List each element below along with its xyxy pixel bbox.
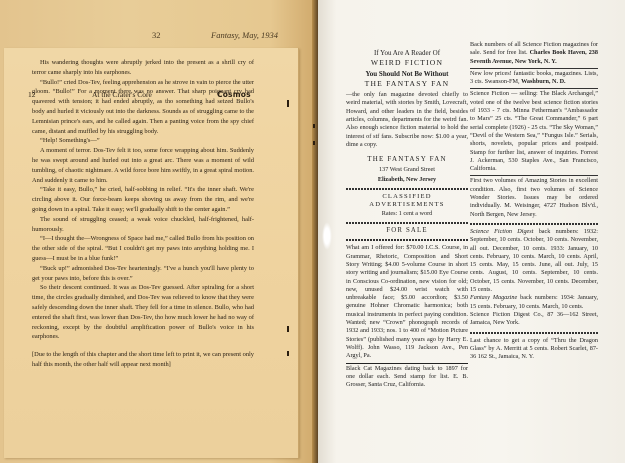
ad-headline: THE FANTASY FAN — [346, 80, 468, 88]
fantasy-fan-ad: If You Are A Reader Of WEIRD FICTION You… — [346, 49, 468, 184]
wavy-divider — [470, 223, 598, 225]
left-page: 32 Fantasy, May, 1934 12 At the Crater's… — [0, 0, 318, 463]
classified-ad: New low prices! fantastic books, magazin… — [470, 70, 598, 87]
wavy-divider — [346, 188, 468, 190]
paragraph: “Take it easy, Bullo,” he cried, half-so… — [32, 185, 254, 214]
ad-headline: You Should Not Be Without — [346, 70, 468, 78]
classified-ad: First two volumes of Amazing Stories in … — [470, 177, 598, 218]
ads-column-right: Back numbers of all Science Fiction maga… — [470, 41, 598, 361]
classified-ad: Black Cat Magazines dating back to 1897 … — [346, 365, 468, 390]
divider — [470, 88, 598, 89]
ink-mark — [287, 326, 289, 332]
ad-address-street: 137 West Grand Street — [346, 166, 468, 174]
paper-tear — [322, 222, 332, 250]
paragraph: The sound of struggling ceased; a weak v… — [32, 215, 254, 235]
publication-title: Science Fiction Digest — [470, 228, 533, 235]
editor-note: [Due to the length of this chapter and t… — [32, 350, 254, 370]
magazine-issue: Fantasy, May, 1934 — [211, 30, 278, 40]
ad-headline: WEIRD FICTION — [346, 59, 468, 67]
page-number: 32 — [152, 30, 161, 40]
wavy-divider — [346, 222, 468, 224]
magazine-spread: 32 Fantasy, May, 1934 12 At the Crater's… — [0, 0, 625, 463]
divider — [470, 68, 598, 69]
ad-body: —the only fan magazine devoted chiefly t… — [346, 91, 468, 149]
divider — [470, 175, 598, 176]
ad-address-city: Elizabeth, New Jersey — [346, 176, 468, 184]
right-page: If You Are A Reader Of WEIRD FICTION You… — [318, 0, 625, 463]
classified-ad: Last chance to get a copy of “Thru the D… — [470, 337, 598, 362]
paragraph: “Help! Something's—” — [32, 136, 254, 146]
ad-advertiser: Washburn, N. D. — [521, 78, 566, 85]
paragraph: So their descent continued. It was as Do… — [32, 283, 254, 342]
ads-column-left: If You Are A Reader Of WEIRD FICTION You… — [346, 48, 468, 389]
classified-ad: What am I offered for: $70.00 I.C.S. Cou… — [346, 244, 468, 360]
classified-rates: Rates: 1 cent a word — [346, 210, 468, 218]
story-text: His wandering thoughts were abruptly jer… — [32, 58, 254, 370]
outer-page-header: 32 Fantasy, May, 1934 — [0, 30, 300, 44]
publication-title: Fantasy Magazine — [470, 294, 517, 301]
ad-address: Science Fiction Digest Co., 87 36—162 St… — [470, 311, 598, 326]
ink-mark — [287, 351, 289, 356]
paragraph: “Bullo!” cried Dos-Tev, feeling apprehen… — [32, 78, 254, 137]
ad-address-name: THE FANTASY FAN — [346, 155, 468, 163]
ad-text: back numbers: 1932: September, 10 cents.… — [470, 228, 598, 293]
classified-ad: Science Fiction — selling: The Black Arc… — [470, 90, 598, 173]
paragraph: A moment of terror. Dos-Tev felt it too,… — [32, 146, 254, 185]
divider — [346, 363, 468, 364]
wavy-divider — [470, 332, 598, 334]
sfd-back-numbers-ad: Science Fiction Digest back numbers: 193… — [470, 228, 598, 328]
classified-title: CLASSIFIED ADVERTISEMENTS — [346, 193, 468, 210]
paragraph: “Buck up!” admonished Dos-Tev heartening… — [32, 264, 254, 284]
ink-mark — [313, 141, 315, 145]
ink-mark — [313, 124, 315, 128]
ink-mark — [287, 100, 289, 107]
ad-headline: If You Are A Reader Of — [346, 49, 468, 57]
paragraph: His wandering thoughts were abruptly jer… — [32, 58, 254, 78]
for-sale-heading: FOR SALE — [346, 227, 468, 235]
wavy-divider — [346, 239, 468, 241]
paragraph: “I—I thought the—Wrongness of Space had … — [32, 234, 254, 263]
classified-ad: Back numbers of all Science Fiction maga… — [470, 41, 598, 66]
